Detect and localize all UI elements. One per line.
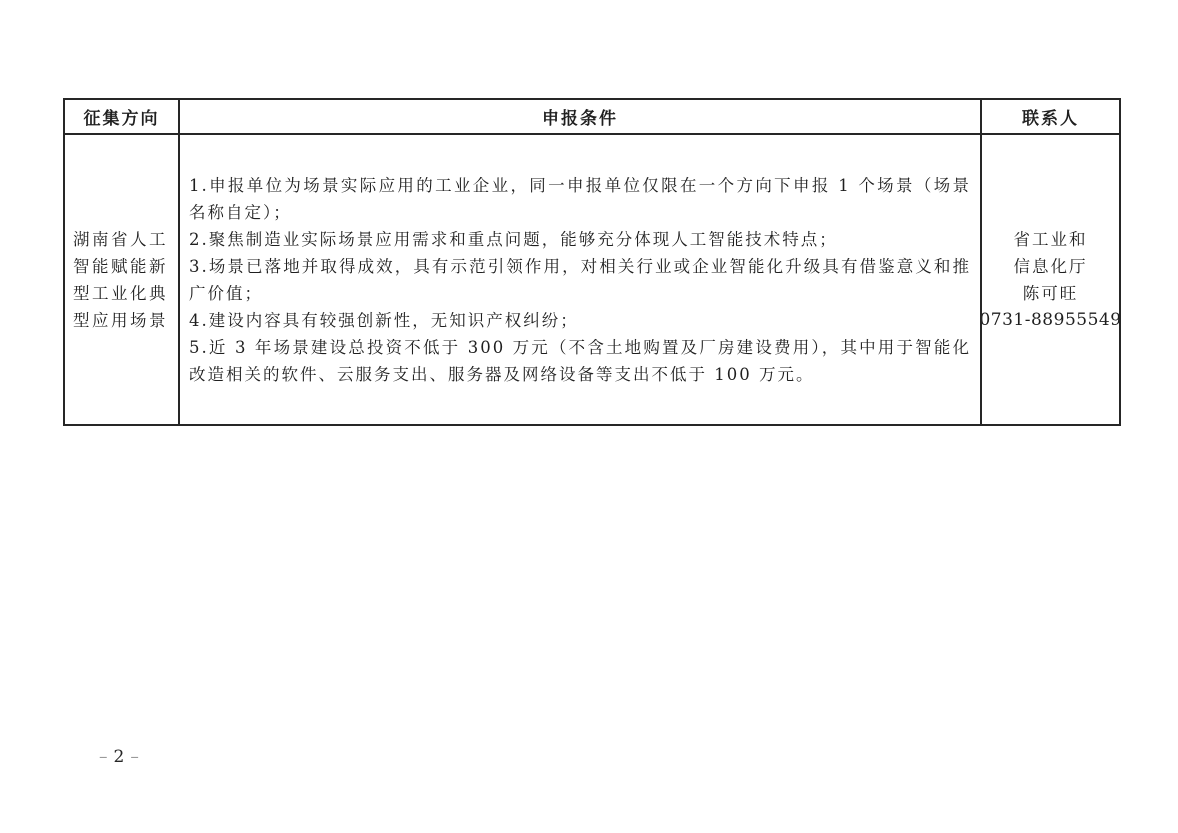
contact-phone-number: 0731-88955549 xyxy=(982,307,1119,334)
page-number-dash-left: – xyxy=(93,747,114,767)
contact-org-line1: 省工业和 xyxy=(1014,226,1088,253)
page-number-dash-right: – xyxy=(124,747,145,767)
condition-item-4: 4.建设内容具有较强创新性，无知识产权纠纷； xyxy=(189,307,971,334)
table-header-contact: 联系人 xyxy=(982,100,1119,135)
condition-item-3: 3.场景已落地并取得成效，具有示范引领作用，对相关行业或企业智能化升级具有借鉴意… xyxy=(189,253,971,307)
contact-org-line2: 信息化厅 xyxy=(1014,253,1088,280)
application-conditions-table: 征集方向 申报条件 联系人 湖南省人工智能赋能新型工业化典型应用场景 1.申报单… xyxy=(63,98,1121,426)
table-cell-conditions: 1.申报单位为场景实际应用的工业企业，同一申报单位仅限在一个方向下申报 1 个场… xyxy=(180,135,982,424)
contact-person-name: 陈可旺 xyxy=(1023,280,1079,307)
direction-text: 湖南省人工智能赋能新型工业化典型应用场景 xyxy=(73,226,170,334)
table-cell-direction: 湖南省人工智能赋能新型工业化典型应用场景 xyxy=(65,135,180,424)
table-header-conditions: 申报条件 xyxy=(180,100,982,135)
document-page: { "document": { "table": { "header": { "… xyxy=(0,0,1178,833)
table-cell-contact: 省工业和 信息化厅 陈可旺 0731-88955549 xyxy=(982,135,1119,424)
page-number: –2– xyxy=(93,746,145,768)
page-number-value: 2 xyxy=(114,747,125,767)
condition-item-5: 5.近 3 年场景建设总投资不低于 300 万元（不含土地购置及厂房建设费用），… xyxy=(189,334,971,388)
condition-item-2: 2.聚焦制造业实际场景应用需求和重点问题，能够充分体现人工智能技术特点； xyxy=(189,226,971,253)
condition-item-1: 1.申报单位为场景实际应用的工业企业，同一申报单位仅限在一个方向下申报 1 个场… xyxy=(189,172,971,226)
table-header-direction: 征集方向 xyxy=(65,100,180,135)
